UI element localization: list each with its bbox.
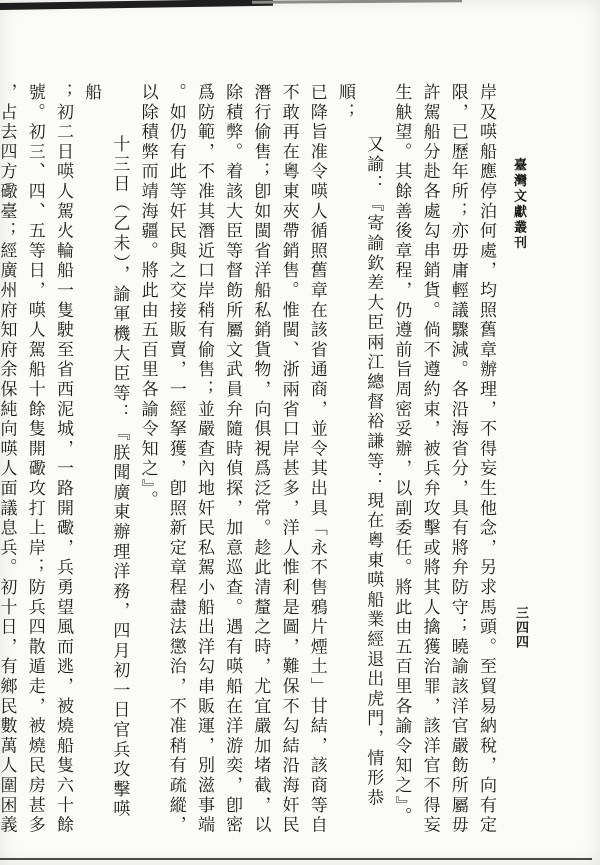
text-column: 不敢再在粵東夾帶銷售。惟閩、浙兩省口岸甚多，洋人惟利是圖，難保不勾結沿海奸民 xyxy=(274,83,302,839)
text-column: 號。初三、四、五等日，𠸄人駕船十餘隻開礮攻打上岸；防兵四散遁走，被燒民房甚多 xyxy=(21,83,49,839)
text-column: 十三日（乙未），諭軍機大臣等：『朕聞廣東辦理洋務，四月初一日官兵攻擊𠸄船 xyxy=(77,83,133,839)
scan-artifact-top-dark xyxy=(0,0,273,10)
scan-artifact-bottom-rule xyxy=(0,858,592,860)
text-column: 已降旨准令𠸄人循照舊章在該省通商，並令其出具「永不售鴉片煙土」甘結，該商等自 xyxy=(303,83,331,839)
text-column: 限，已歷年所；亦毋庸輕議驟減。各沿海省分，具有將弁防守；曉諭該洋官嚴飭所屬毋 xyxy=(444,83,472,839)
text-column: 岸及𠸄船應停泊何處，均照舊章辦理，不得妄生他念，另求馬頭。至貿易納稅，向有定 xyxy=(472,83,500,839)
text-column: 除積弊。着該大臣等督飭所屬文武員弁隨時偵探，加意巡查。遇有𠸄船在洋游奕，卽密 xyxy=(218,83,246,839)
running-title: 臺灣文獻叢刊 xyxy=(510,158,529,251)
text-column: 許駕船分赴各處勾串銷貨。倘不遵約束，被兵弁攻擊或將其人擒獲治罪，該洋官不得妄 xyxy=(415,83,443,839)
text-column: 。如仍有此等奸民與之交接販賣，一經拏獲，卽照新定章程盡法懲治，不准稍有疏縱， xyxy=(162,83,190,839)
text-column: 潛行偷售；卽如閩省洋船私銷貨物，向俱視爲泛常。趁此清釐之時，尤宜嚴加堵截，以 xyxy=(246,83,274,839)
text-column: 又諭：『寄諭欽差大臣兩江總督裕謙等：現在粵東𠸄船業經退出虎門，情形恭順； xyxy=(331,83,387,839)
text-column: ，占去四方礮臺；經廣州府知府余保純向𠸄人面議息兵。初十日，有鄉民數萬人圍困義 xyxy=(0,83,21,839)
text-body: 岸及𠸄船應停泊何處，均照舊章辦理，不得妄生他念，另求馬頭。至貿易納稅，向有定限，… xyxy=(46,83,500,839)
scan-artifact-top-light xyxy=(252,0,462,4)
folio-number: 三四四 xyxy=(512,606,531,650)
text-column: 爲防範，不准其潛近口岸稍有偷售；並嚴查內地奸民私駕小船出洋勾串販運，別滋事端 xyxy=(190,83,218,839)
scanned-page: 臺灣文獻叢刊 三四四 岸及𠸄船應停泊何處，均照舊章辦理，不得妄生他念，另求馬頭。… xyxy=(0,0,600,865)
text-column: 生觖望。其餘善後章程，仍遵前旨周密妥辦，以副委任。將此由五百里各諭令知之』。 xyxy=(387,83,415,839)
text-column: ；初二日𠸄人駕火輪船一隻駛至省西泥城，一路開礮，兵勇望風而逃，被燒船隻六十餘 xyxy=(49,83,77,839)
text-column: 以除積弊而靖海疆。將此由五百里各諭令知之』。 xyxy=(133,83,161,839)
